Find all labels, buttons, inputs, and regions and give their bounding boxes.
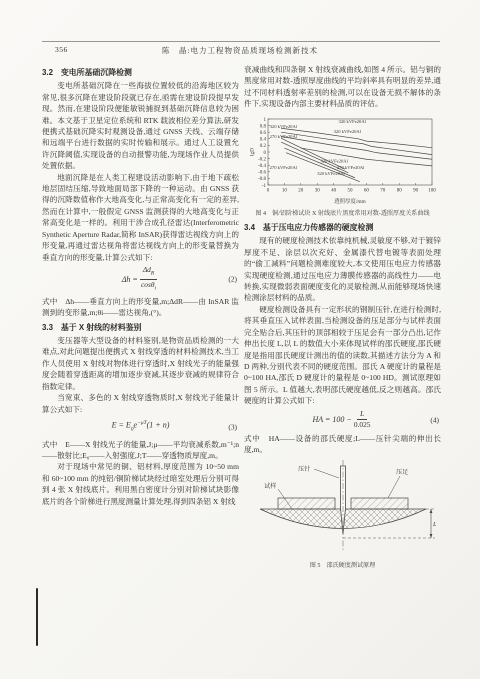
paragraph-hardness-2: 硬度检测设备具有一定形状的钢制压针,在进行检测时,将其垂直压入试样表面,当检测设…: [244, 304, 441, 407]
running-head-title: 陈 晶:电力工程物资品质现场检测新技术: [0, 45, 480, 56]
paragraph-settlement-1: 变电所基础沉降在一些海拔位置较低的沿海地区较为常见,很多沉降在建设阶段就已存在,…: [42, 80, 239, 171]
y-tick-label: 0: [263, 150, 266, 155]
paragraph-xray-3: 对于现场中常见的铜、铝材料,厚度范围为 10~50 mm 和 60~100 mm…: [42, 461, 239, 507]
series-label: 270 kVFe20Al: [269, 165, 297, 170]
leader-needle: [314, 469, 339, 478]
y-tick-label: 0.8: [259, 124, 266, 129]
y-tick-label: 0.6: [259, 131, 266, 136]
x-tick-label: 70: [380, 188, 386, 193]
eq2-number: (2): [228, 274, 237, 285]
figure-4: 010203040506070809010010.80.60.40.20-0.2…: [244, 113, 441, 208]
label-specimen: 试样: [264, 482, 277, 490]
eq4-where-clause: 式中 HA——设备的邵氏硬度;L——压针尖端的伸出长度,m。: [244, 433, 441, 456]
x-tick-label: 0: [266, 188, 269, 193]
leader-foot: [388, 476, 400, 498]
series-line: [281, 132, 432, 154]
series-label: 320 kVFe20Al: [333, 128, 361, 133]
x-axis-label: 透照厚度/mm: [334, 197, 366, 205]
header-rule: [42, 41, 440, 42]
y-tick-label: -0.4: [258, 164, 266, 169]
eq2-denominator: cosθi: [141, 280, 156, 293]
paragraph-hardness-1: 现有的硬度检测技术依靠纯机械,灵敏度不够,对于镀锌厚度不足、涂层以次充好、金属漆…: [244, 235, 441, 303]
x-tick-label: 50: [347, 188, 353, 193]
series-label: 320 kVFe20Al: [317, 171, 345, 176]
series-label: 270 kVFe20Al: [336, 165, 364, 170]
x-tick-label: 40: [331, 188, 337, 193]
presser-foot-left: [278, 498, 335, 509]
figure-5-caption: 图 5 邵氏硬度测试原理: [248, 562, 437, 570]
section-heading-3-3: 3.3 基于 X 射线的材料鉴别: [42, 322, 239, 333]
y-tick-label: 0.2: [259, 144, 266, 149]
paragraph-continuation: 衰减曲线和四条铜 X 射线衰减曲线,如图 4 所示。铝与铜的黑度常用对数-透照厚…: [244, 64, 441, 110]
presser-foot-right: [351, 498, 408, 509]
eq4-numerator: L: [357, 410, 367, 421]
eq2-numerator: ΔdR: [140, 266, 157, 280]
eq4-denominator: 0.025: [354, 420, 371, 430]
eq3-lhs: E = E0e−μT(1 + n): [112, 418, 170, 436]
series-label: 320 kVFe20Al: [338, 119, 366, 124]
x-tick-label: 20: [298, 188, 304, 193]
eq2-where-clause: 式中 Δh——垂直方向上的形变量,m;ΔdR——由 InSAR 监测到的变形量,…: [42, 296, 239, 319]
y-tick-label: -0.6: [258, 170, 266, 175]
x-tick-label: 80: [396, 188, 402, 193]
figure-4-caption: 图 4 铜/铝阶梯试块 X 射线底片黑度常用对数-透照厚度关系曲线: [248, 210, 437, 218]
x-tick-label: 30: [314, 188, 320, 193]
eq4-lhs: HA = 100 −: [313, 414, 352, 425]
y-tick-label: 1: [263, 117, 266, 122]
eq3-exponent: −μT: [137, 420, 147, 426]
figure-5: L 压针 压足 试样: [244, 458, 441, 559]
paragraph-xray-2: 当宽束、多色的 X 射线穿透物质时,X 射线光子能量计算公式如下:: [42, 392, 239, 415]
dim-arrow-top: [429, 509, 432, 513]
paragraph-xray-1: 变压器等大型设备的材料鉴别,是物资品质检测的一大难点,对此问题提出便携式 X 射…: [42, 335, 239, 392]
series-label: 270 kVFe20Al: [269, 134, 297, 139]
label-needle: 压针: [298, 465, 310, 473]
equation-2: Δh = ΔdR cosθi (2): [42, 263, 239, 296]
y-axis-label: lgD: [249, 147, 255, 155]
x-tick-label: 10: [281, 188, 287, 193]
label-foot: 压足: [396, 468, 408, 476]
eq4-number: (4): [430, 414, 439, 425]
dim-arrow-bottom: [429, 534, 432, 538]
y-tick-label: -1: [261, 183, 266, 188]
y-tick-label: -0.8: [258, 177, 266, 182]
y-tick-label: -0.2: [258, 157, 266, 162]
scan-artifact-line: [36, 588, 38, 646]
shore-hardness-diagram: L 压针 压足 试样: [248, 458, 438, 556]
series-label: 320 kVFe20Al: [320, 158, 348, 163]
eq3-number: (3): [228, 421, 237, 432]
y-tick-label: 0.4: [259, 137, 266, 142]
paper-page: 356 陈 晶:电力工程物资品质现场检测新技术 3.2 变电所基础沉降检测 变电…: [0, 0, 480, 679]
x-tick-label: 100: [428, 188, 436, 193]
right-column: 衰减曲线和四条铜 X 射线衰减曲线,如图 4 所示。铝与铜的黑度常用对数-透照厚…: [244, 64, 441, 574]
dimension-label-L: L: [432, 521, 437, 528]
eq2-den-subscript: i: [155, 285, 157, 291]
section-heading-3-2: 3.2 变电所基础沉降检测: [42, 67, 239, 78]
x-tick-label: 60: [363, 188, 369, 193]
eq2-lhs: Δh =: [122, 274, 138, 285]
paragraph-settlement-2: 地面沉降是在人类工程建设活动影响下,由于地下疏松地层固结压缩,导致地面局部下降的…: [42, 172, 239, 263]
series-label: 320 kVFe20Al: [269, 124, 297, 129]
line-chart-density-thickness: 010203040506070809010010.80.60.40.20-0.2…: [248, 113, 438, 205]
eq2-fraction: ΔdR cosθi: [140, 266, 157, 293]
equation-3: E = E0e−μT(1 + n) (3): [42, 415, 239, 439]
eq2-num-subscript: R: [151, 270, 154, 276]
section-heading-3-4: 3.4 基于压电应力传感器的硬度检测: [244, 222, 441, 233]
x-tick-label: 90: [413, 188, 419, 193]
eq3-where-clause: 式中 E——X 射线光子的能量,J;μ——平均衰减系数,m⁻¹;n——散射比;E…: [42, 439, 239, 462]
eq4-fraction: L 0.025: [354, 410, 371, 430]
left-column: 3.2 变电所基础沉降检测 变电所基础沉降在一些海拔位置较低的沿海地区较为常见,…: [42, 64, 239, 507]
equation-4: HA = 100 − L 0.025 (4): [244, 407, 441, 433]
